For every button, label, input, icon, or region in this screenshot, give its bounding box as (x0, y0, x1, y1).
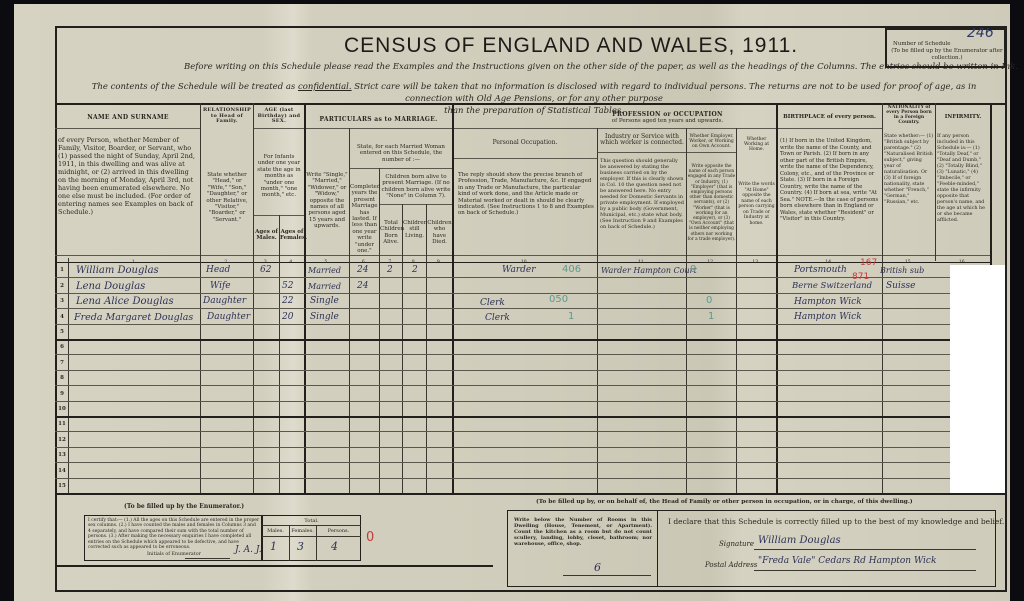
row-line (55, 401, 990, 402)
age-group-title: AGE (last Birthday) and SEX. (254, 108, 304, 125)
row-line (55, 447, 990, 448)
row1-industry: Warder Hampton Court (601, 266, 697, 275)
row4-relation: Daughter (207, 312, 250, 322)
row-line (55, 462, 990, 463)
row1-birthplace: Portsmouth (794, 265, 847, 275)
row-number: 3 (57, 298, 67, 304)
row-line (55, 431, 990, 432)
col-line (349, 128, 350, 493)
total-label: Total. (262, 518, 361, 524)
total-divider (262, 525, 361, 526)
row1-age-male: 62 (260, 265, 271, 275)
col-line (882, 103, 883, 493)
row-number: 10 (57, 406, 67, 412)
col2-desc: State whether "Head," or "Wife," "Son," … (203, 172, 251, 223)
rooms-value: 6 (594, 561, 601, 574)
header-divider (379, 204, 453, 205)
colnum-15: 15. (882, 260, 935, 265)
row2-age-female: 52 (282, 281, 293, 291)
col-line (304, 103, 306, 493)
col1-desc: of every Person, whether Member of Famil… (58, 136, 198, 216)
row-number: 7 (57, 360, 67, 366)
colnum-4: 4. (279, 260, 304, 265)
row1-children-born: 2 (387, 265, 393, 275)
row1-employment-code: 0 (690, 264, 696, 275)
row-number: 9 (57, 391, 67, 397)
row3-relation: Daughter (203, 296, 246, 306)
signature-line (754, 549, 976, 550)
row2-birthplace-code: 871 (852, 272, 869, 282)
col10-desc: The reply should show the precise branch… (458, 172, 594, 217)
colnum-11: 11. (597, 260, 686, 265)
col10-title: Personal Occupation. (453, 140, 597, 146)
header-divider (453, 158, 597, 159)
col8-title: Children still Living. (403, 220, 426, 239)
row4-age-female: 20 (282, 312, 293, 322)
row2-nationality: Suisse (886, 281, 915, 291)
row3-marital: Single (310, 296, 339, 306)
table-bottom-border (55, 493, 1007, 495)
householder-heading: (To be filled up by, or on behalf of, th… (536, 499, 913, 505)
row-number: 8 (57, 375, 67, 381)
header-divider (253, 128, 452, 129)
marriage-group-title: PARTICULARS as to MARRIAGE. (305, 116, 452, 123)
total-col-line (289, 525, 290, 561)
col16-desc: If any person included in this Schedule … (937, 134, 989, 224)
address-value: "Freda Vale" Cedars Rd Hampton Wick (758, 556, 936, 566)
col15-title: NATIONALITY of every Person born in a Fo… (883, 105, 935, 125)
married-woman-note: State, for each Married Woman entered on… (350, 144, 452, 163)
row-line (55, 324, 990, 325)
row1-name: William Douglas (76, 265, 159, 276)
header-divider (453, 128, 882, 129)
row3-employment-code: 0 (706, 295, 712, 306)
row-number: 13 (57, 452, 67, 458)
col-line (379, 168, 380, 493)
householder-box: Write below the Number of Rooms in this … (507, 510, 996, 587)
signature-value: William Douglas (758, 535, 841, 546)
col5-desc: Write "Single," "Married," "Widower," or… (306, 172, 348, 230)
row1-nationality: British sub (880, 266, 924, 275)
row1-occupation-code: 406 (562, 264, 581, 275)
row3-birthplace: Hampton Wick (794, 297, 862, 307)
row1-years-married: 24 (357, 265, 368, 275)
rooms-box: Write below the Number of Rooms in this … (508, 511, 658, 586)
row1-occupation: Warder (502, 265, 536, 275)
col14-title: BIRTHPLACE of every person. (777, 114, 882, 120)
row3-occupation-code: 050 (549, 294, 568, 305)
row1-birthplace-code: 167 (860, 258, 877, 268)
colnum-strip-top (55, 255, 991, 256)
col7-title: Total Children Born Alive. (380, 220, 402, 246)
col11-desc: This question should generally be answer… (600, 158, 684, 230)
col12-title: Whether Employer, Worker, or Working on … (687, 134, 736, 149)
row4-name: Freda Margaret Douglas (74, 312, 193, 323)
total-col-line (316, 525, 317, 561)
enumerator-box: I certify that:— (1.) All the ages on th… (84, 515, 361, 561)
row-line (55, 416, 990, 418)
declaration-text: I declare that this Schedule is correctl… (668, 517, 1004, 526)
row-number: 15 (57, 483, 67, 489)
row-line (55, 339, 990, 341)
colnum-5: 5. (304, 260, 349, 265)
row-number: 11 (57, 421, 67, 427)
col-line (402, 204, 403, 493)
col-line (935, 103, 936, 261)
row-number: 6 (57, 344, 67, 350)
row4-occupation: Clerk (485, 313, 510, 323)
row-line (55, 478, 990, 479)
row3-occupation: Clerk (480, 298, 505, 308)
table-top-border (55, 103, 1007, 105)
enumerator-heading: (To be filled up by the Enumerator.) (124, 503, 244, 510)
col1-title: NAME AND SURNAME (55, 114, 201, 121)
col-line (253, 103, 254, 493)
col13-desc: Write the words "At Home" opposite the n… (737, 182, 776, 226)
initials-value: J. A. J. (235, 545, 262, 555)
enumerator-red-mark: 0 (366, 530, 374, 545)
row1-relation: Head (206, 265, 230, 275)
row4-birthplace: Hampton Wick (794, 312, 862, 322)
col12-desc: Write opposite the name of each person e… (687, 164, 736, 242)
rooms-instruction: Write below the Number of Rooms in this … (514, 517, 652, 547)
row-number: 4 (57, 314, 67, 320)
col9-title: Children who have Died. (427, 220, 452, 246)
row-number: 2 (57, 283, 67, 289)
row3-name: Lena Alice Douglas (76, 296, 174, 307)
row-number: 14 (57, 468, 67, 474)
children-note: Children born alive to present Marriage.… (380, 174, 452, 200)
rooms-line (563, 575, 651, 576)
row-number: 1 (57, 267, 67, 273)
col16-title: INFIRMITY. (936, 114, 990, 120)
census-schedule-page: CENSUS OF ENGLAND AND WALES, 1911. Befor… (14, 4, 1010, 601)
col15-desc: State whether:— (1) "British subject by … (884, 134, 934, 206)
row-line (55, 308, 990, 309)
total-females: 3 (297, 540, 304, 553)
col4-title: Ages of Females. (280, 229, 304, 242)
signature-label: Signature (719, 540, 754, 548)
col11-title: Industry or Service with which worker is… (598, 134, 686, 147)
initials-line (185, 558, 230, 559)
total-persons: 4 (331, 540, 338, 553)
total-males: 1 (270, 540, 277, 553)
row2-marital: Married (308, 282, 341, 291)
females-label: Females. (289, 528, 316, 534)
colnum-13: 13. (736, 260, 776, 265)
persons-label: Persons. (316, 528, 361, 534)
males-label: Males. (262, 528, 289, 534)
col13-title: Whether Working at Home. (737, 137, 776, 152)
col-line (597, 128, 598, 493)
row-line (55, 354, 990, 355)
address-label: Postal Address (705, 561, 757, 569)
row2-years-married: 24 (357, 281, 368, 291)
address-line (754, 570, 976, 571)
row-line (55, 293, 990, 294)
row4-marital: Single (310, 312, 339, 322)
total-divider (262, 536, 361, 537)
col2-title: RELATIONSHIP to Head of Family. (201, 108, 253, 125)
row2-birthplace: Berne Switzerland (792, 281, 872, 291)
row1-marital: Married (308, 266, 341, 275)
row2-relation: Wife (210, 281, 231, 291)
row3-age-female: 22 (282, 296, 293, 306)
row4-occupation-code: 1 (568, 311, 574, 322)
row4-employment-code: 1 (708, 311, 714, 322)
age-infants-note: For Infants under one year state the age… (255, 154, 303, 199)
enum-section-bottom (55, 565, 493, 567)
row-number: 5 (57, 329, 67, 335)
col3-title: Ages of Males. (254, 229, 279, 242)
row-line (55, 277, 990, 278)
col-line (426, 204, 427, 493)
redacted-infirmity-area (950, 265, 1005, 493)
row-line (55, 385, 990, 386)
row2-name: Lena Douglas (76, 281, 145, 292)
header-divider (597, 152, 736, 153)
row-number: 12 (57, 437, 67, 443)
colnum-9: 9. (426, 260, 452, 265)
header-divider (349, 168, 453, 169)
col-line (452, 103, 454, 493)
row1-children-living: 2 (412, 265, 418, 275)
col-line (776, 103, 778, 493)
header-divider (55, 128, 201, 129)
row-line (55, 370, 990, 371)
col6-desc: Completed years the present Marriage has… (350, 184, 379, 254)
col14-desc: (1) If born in the United Kingdom, write… (780, 138, 880, 223)
col-line (200, 103, 201, 493)
